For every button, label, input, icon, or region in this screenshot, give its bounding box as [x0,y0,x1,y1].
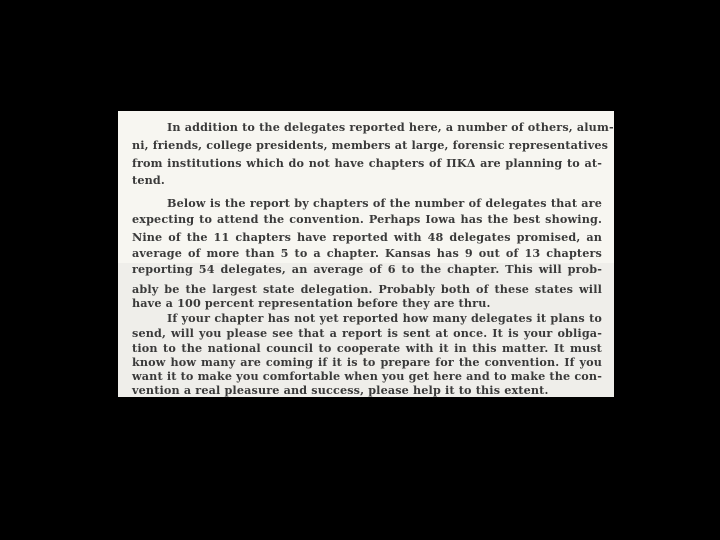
text-line: reporting 54 delegates, an average of 6 … [132,262,602,276]
text-line: from institutions which do not have chap… [132,156,602,170]
text-line: In addition to the delegates reported he… [167,120,602,134]
text-line: Below is the report by chapters of the n… [167,196,602,210]
text-line: have a 100 percent representation before… [132,296,602,310]
text-line: tend. [132,173,602,187]
text-line: average of more than 5 to a chapter. Kan… [132,246,602,260]
text-line: expecting to attend the convention. Perh… [132,212,602,226]
text-line: know how many are coming if it is to pre… [132,355,602,369]
text-line: want it to make you comfortable when you… [132,369,602,383]
text-line: vention a real pleasure and success, ple… [132,383,602,397]
text-line: tion to the national council to cooperat… [132,341,602,355]
text-line: Nine of the 11 chapters have reported wi… [132,230,602,244]
text-line: ably be the largest state delegation. Pr… [132,282,602,296]
scanned-document-page: In addition to the delegates reported he… [118,111,614,397]
text-line: ni, friends, college presidents, members… [132,138,602,152]
text-line: If your chapter has not yet reported how… [167,311,602,325]
text-line: send, will you please see that a report … [132,326,602,340]
